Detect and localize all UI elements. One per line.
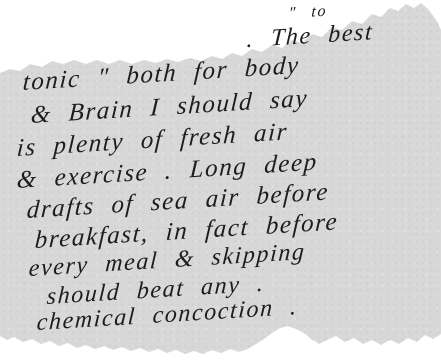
handwriting-line: " to [288,3,328,23]
handwriting-line: . The best [246,19,374,54]
scanned-note-stage: " to. The besttonic " both for body& Bra… [0,0,441,363]
handwriting-lines: " to. The besttonic " both for body& Bra… [0,0,441,363]
